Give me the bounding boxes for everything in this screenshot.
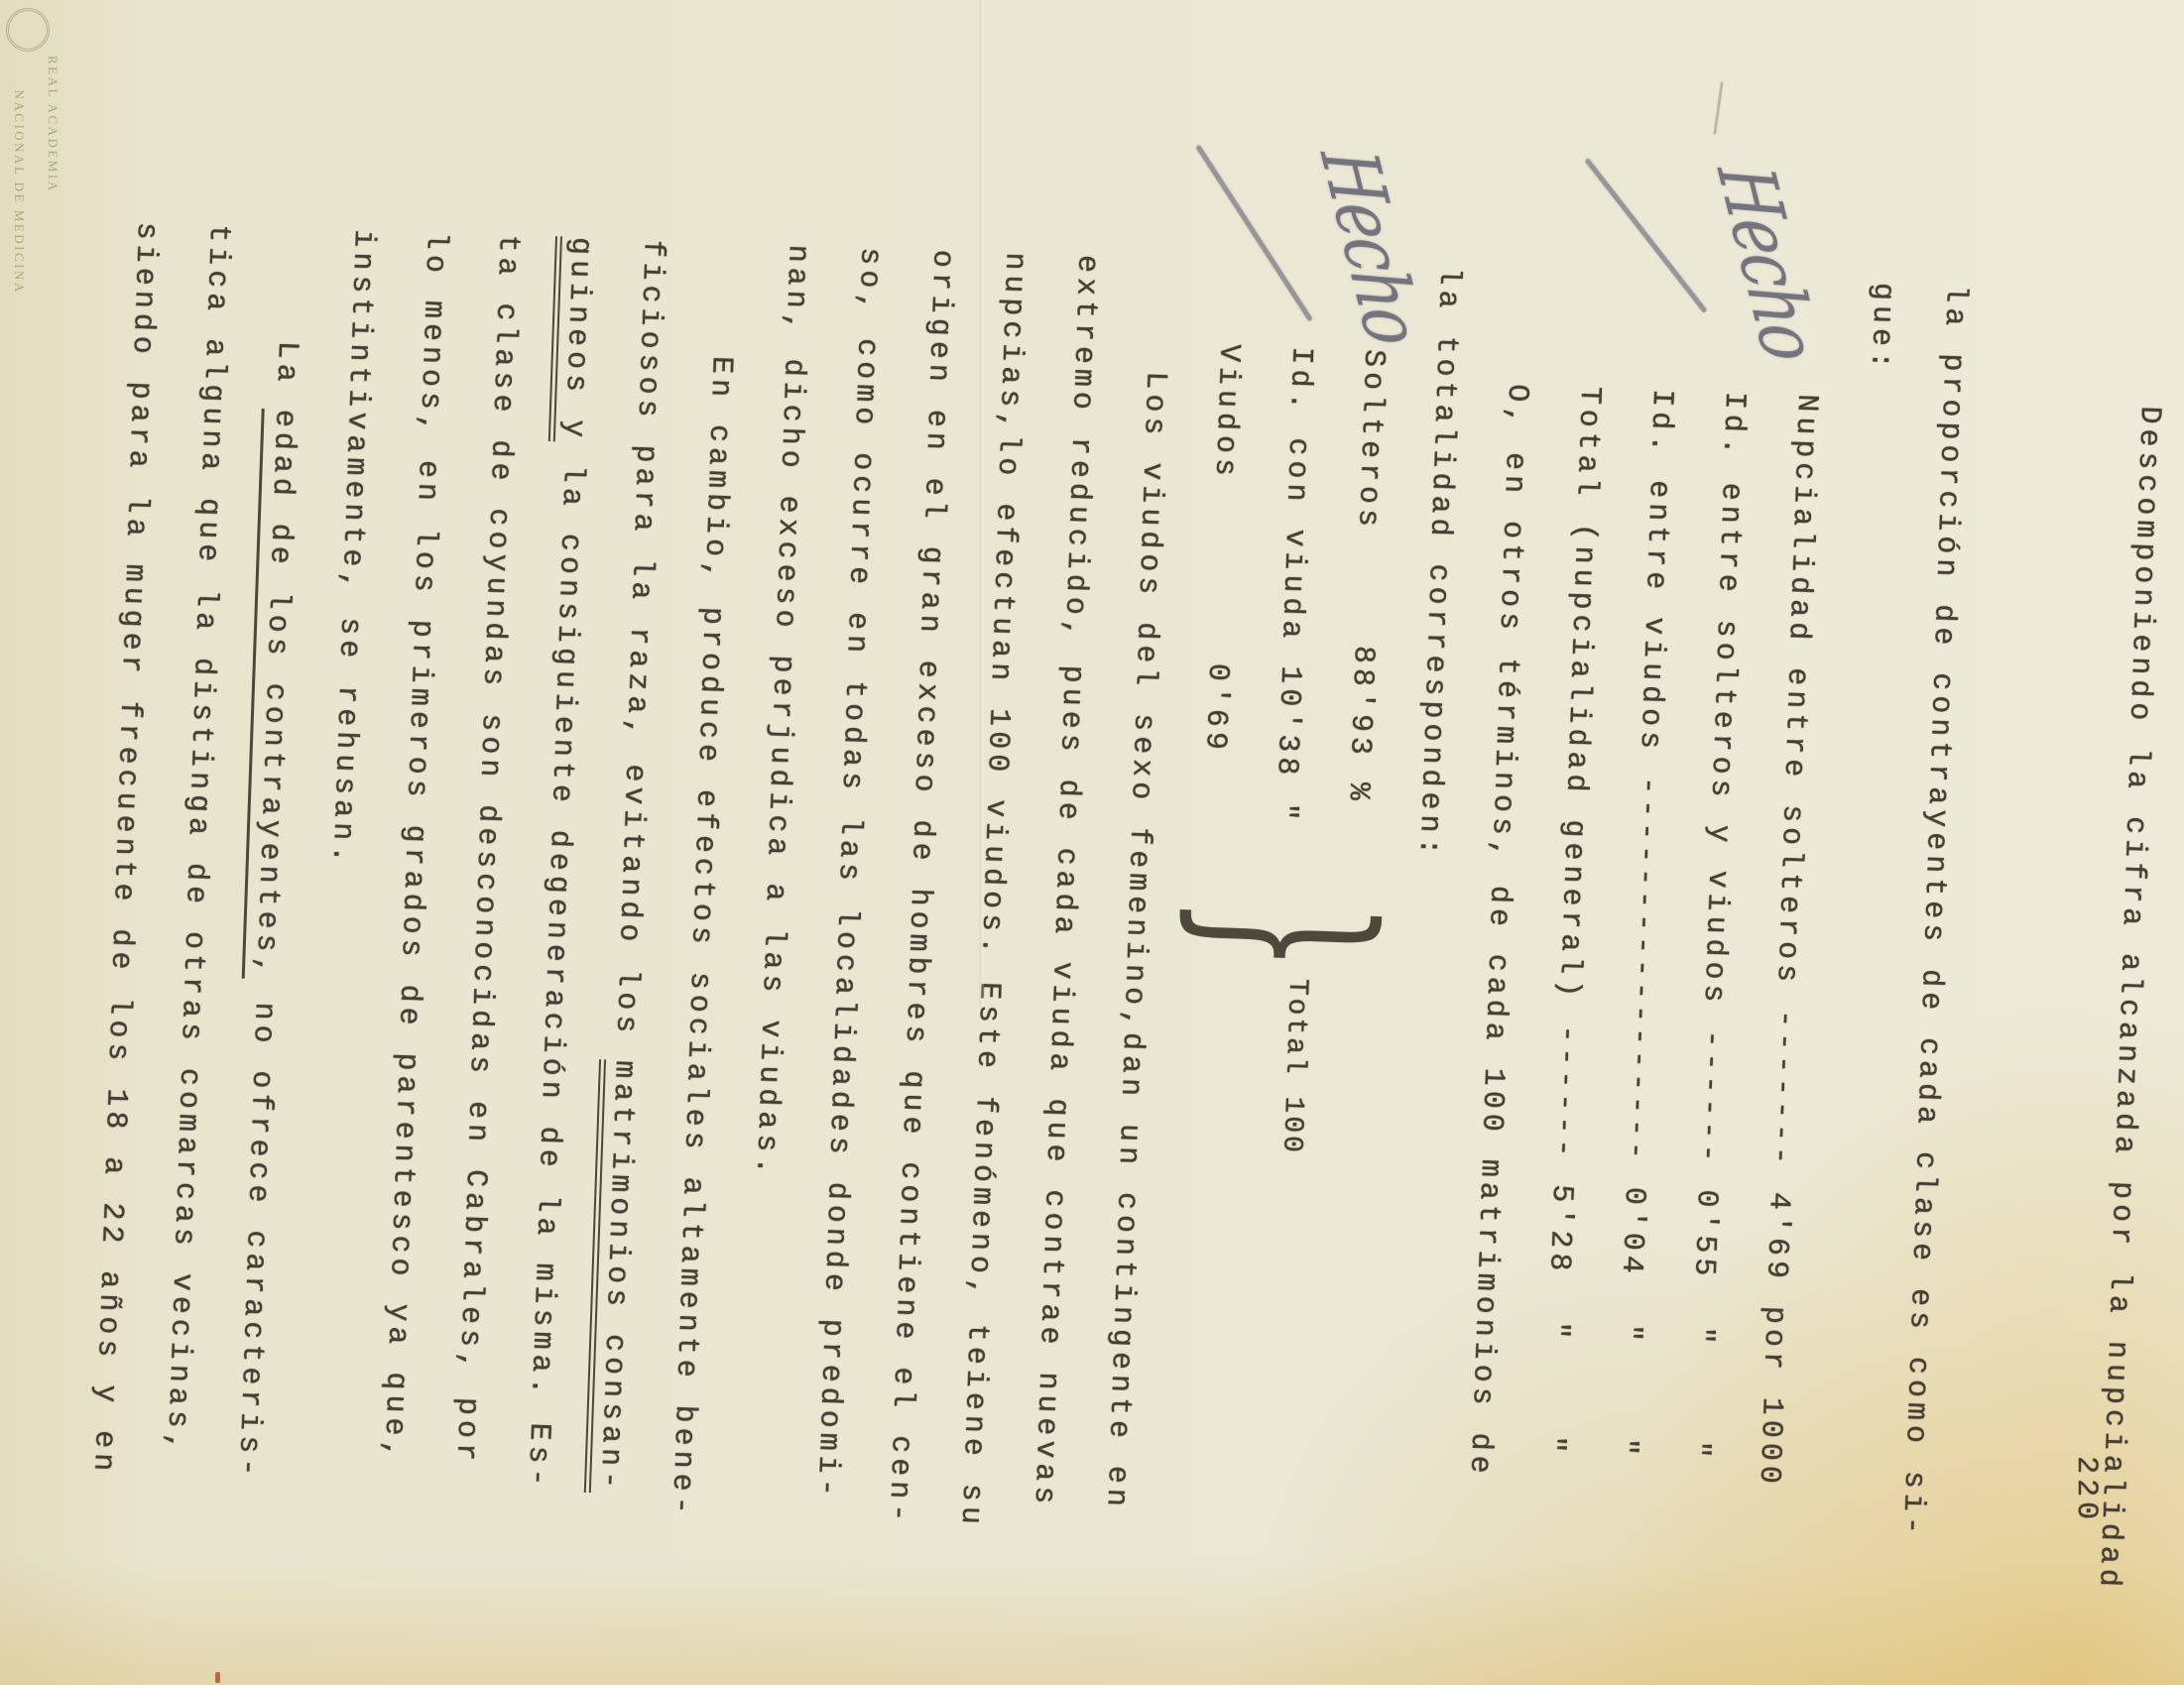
typed-line: O, en otros términos, de cada 100 matrim… bbox=[1454, 269, 1538, 1479]
typed-text: instintivamente, se rehusan. bbox=[324, 229, 380, 869]
typed-line: Id. con viuda 10'38 " bbox=[1260, 262, 1321, 826]
typed-line: ficiosos para la raza, evitando los matr… bbox=[584, 239, 669, 1495]
typed-text: nupcias,lo efectuan 100 viudos. Este fen… bbox=[953, 252, 1031, 1530]
typed-text: La bbox=[268, 340, 303, 410]
typed-line: Nupcialidad entre solteros ------- 4'69 … bbox=[1744, 279, 1828, 1489]
typed-text: origen en el gran exceso de hombres que … bbox=[881, 249, 959, 1527]
table-brace: } bbox=[1185, 896, 1395, 979]
typed-text: Id. con viuda 10'38 " bbox=[1268, 346, 1318, 826]
typed-text: la proporción de contrayentes de cada cl… bbox=[1894, 285, 1972, 1540]
typed-text: Total (nupcialidad general) ------ 5'28 … bbox=[1535, 386, 1607, 1459]
typed-text: siendo para la muger frecuente de los 18… bbox=[85, 221, 163, 1477]
typed-line: Id. entre viudos ----------------- 0'04 … bbox=[1600, 274, 1683, 1461]
typed-text: Nupcialidad entre solteros ------- 4'69 … bbox=[1752, 394, 1824, 1490]
typed-text: Los viudos del sexo femenino,dan un cont… bbox=[1098, 371, 1171, 1512]
typed-line: Viudos 0'69 bbox=[1189, 259, 1248, 755]
typed-line: so, como ocurre en todas las localidades… bbox=[801, 246, 887, 1502]
typed-text: no ofrece caracteris- bbox=[230, 979, 282, 1482]
typed-text: ta clase de coyundas son desconocidas en… bbox=[448, 234, 525, 1467]
typed-line: Id. entre solteros y viudos ------ 0'55 … bbox=[1672, 277, 1756, 1464]
typed-line: nan, dicho exceso perjudica a las viudas… bbox=[740, 244, 814, 1180]
typed-text: nan, dicho exceso perjudica a las viudas… bbox=[748, 244, 814, 1180]
typed-line: gue: bbox=[1855, 282, 1899, 374]
typed-text: En cambio, produce efectos sociales alta… bbox=[664, 355, 738, 1519]
typed-line: guineos y la consiguiente degeneración d… bbox=[512, 236, 597, 1492]
document-page: 220 } Total 100 Descomponiendo la cifra … bbox=[0, 0, 2184, 1685]
typed-line: Los viudos del sexo femenino,dan un cont… bbox=[1090, 257, 1175, 1512]
underlined-text: edad de los contrayentes, bbox=[242, 409, 302, 980]
typed-text: Id. entre viudos ----------------- 0'04 … bbox=[1608, 389, 1679, 1462]
typed-text: Viudos 0'69 bbox=[1197, 343, 1245, 755]
typed-text: so, como ocurre en todas las localidades… bbox=[809, 247, 887, 1503]
stamp-line-2: NACIONAL DE MEDICINA bbox=[12, 90, 27, 295]
typed-text: tica alguna que la distinga de otras com… bbox=[159, 224, 235, 1457]
typed-line: Total (nupcialidad general) ------ 5'28 … bbox=[1527, 272, 1611, 1459]
underlined-text: matrimonios consan- bbox=[584, 1059, 641, 1494]
typed-line: siendo para la muger frecuente de los 18… bbox=[77, 221, 163, 1477]
typed-text: Id. entre solteros y viudos ------ 0'55 … bbox=[1680, 391, 1752, 1464]
typed-line: ta clase de coyundas son desconocidas en… bbox=[440, 234, 525, 1467]
stamp-seal-icon bbox=[6, 8, 50, 52]
typed-line: En cambio, produce efectos sociales alta… bbox=[656, 241, 742, 1519]
typed-text: ficiosos para la raza, evitando los bbox=[607, 239, 669, 1061]
typed-text: lo menos, en los primeros grados de pare… bbox=[376, 231, 452, 1464]
table-total: Total 100 bbox=[1275, 978, 1312, 1155]
typed-line: extremo reducido, pues de cada viuda que… bbox=[1019, 254, 1104, 1509]
typed-text: Descomponiendo la cifra alcanzada por la… bbox=[2091, 406, 2166, 1593]
typed-line: la proporción de contrayentes de cada cl… bbox=[1886, 285, 1972, 1540]
typed-line: La edad de los contrayentes, no ofrece c… bbox=[222, 226, 307, 1482]
typed-line: Descomponiendo la cifra alcanzada por la… bbox=[2083, 292, 2170, 1593]
typed-text: gue: bbox=[1863, 282, 1899, 374]
paper-scratch bbox=[1713, 81, 1723, 135]
ink-fleck bbox=[215, 1672, 220, 1683]
typed-line: nupcias,lo efectuan 100 viudos. Este fen… bbox=[945, 251, 1031, 1529]
stamp-line-1: REAL ACADEMIA bbox=[46, 56, 61, 193]
typed-text: O, en otros términos, de cada 100 matrim… bbox=[1462, 383, 1534, 1479]
stamp-text: REAL ACADEMIA NACIONAL DE MEDICINA bbox=[0, 56, 61, 295]
typed-line: origen en el gran exceso de hombres que … bbox=[873, 249, 959, 1527]
typed-line: tica alguna que la distinga de otras com… bbox=[151, 223, 235, 1456]
typewritten-text: } Total 100 Descomponiendo la cifra alca… bbox=[53, 220, 2170, 1621]
paper-crease bbox=[979, 0, 984, 1007]
typed-text: la consiguiente degeneración de la misma… bbox=[520, 441, 590, 1492]
typed-line: la totalidad corresponden: bbox=[1403, 267, 1466, 861]
typed-text: Solteros 88'93 % bbox=[1340, 348, 1390, 805]
typed-text: extremo reducido, pues de cada viuda que… bbox=[1027, 254, 1104, 1509]
typed-line: lo menos, en los primeros grados de pare… bbox=[368, 231, 452, 1464]
underlined-text: guineos y bbox=[548, 236, 597, 442]
typed-line: instintivamente, se rehusan. bbox=[316, 229, 380, 869]
typed-line: Solteros 88'93 % bbox=[1332, 264, 1393, 805]
typed-text: la totalidad corresponden: bbox=[1411, 267, 1466, 861]
